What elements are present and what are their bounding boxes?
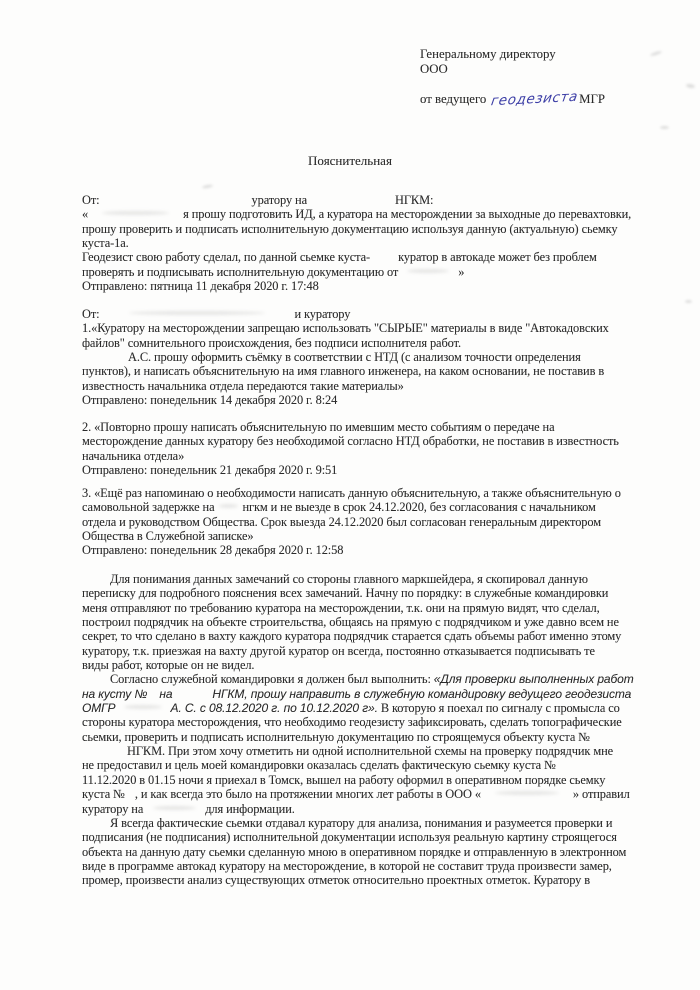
text-segment: подписания (не подписания) исполнительно… [82, 830, 617, 844]
redacted-gap [88, 208, 183, 218]
text-line: Согласно служебной командировки я должен… [82, 672, 694, 686]
text-segment: объекта на данную дату сьемки сделанную … [82, 845, 626, 859]
redacted-gap [125, 788, 135, 798]
text-line: От:и куратору [82, 307, 694, 321]
recipient-org: ООО [420, 62, 605, 77]
text-segment: » отправил [573, 787, 630, 801]
text-segment: ОМГР [82, 701, 115, 715]
text-line: А.С. прошу оформить съёмку в соответстви… [82, 350, 694, 364]
text-segment: куста-1а. [82, 236, 129, 250]
text-line: Я всегда фактические сьемки отдавал кура… [82, 816, 694, 830]
text-line: месторождение данных куратору без необхо… [82, 434, 694, 448]
text-segment: Для понимания данных замечаний со сторон… [110, 572, 588, 586]
redacted-gap [82, 817, 110, 827]
text-segment: куратору, т.к. приезжая на вахту другой … [82, 644, 595, 658]
text-line: Для понимания данных замечаний со сторон… [82, 572, 694, 586]
text-line: куста №, и как всегда это было на протяж… [82, 787, 694, 801]
text-line: От:уратору наНГКМ: [82, 193, 694, 207]
text-line: стороны куратора месторождения, что необ… [82, 715, 694, 729]
text-segment: А.С. прошу оформить съёмку в соответстви… [128, 350, 581, 364]
document-page: Генеральному директору ООО от ведущегоге… [0, 0, 700, 990]
text-segment: переписку для подробного пояснения всех … [82, 586, 608, 600]
scan-smudge [660, 126, 669, 129]
text-segment: НГКМ: [395, 193, 433, 207]
text-segment: уратору на [252, 193, 307, 207]
text-line: не предоставил и цель моей командировки … [82, 758, 694, 772]
text-segment: я прошу подготовить ИД, а куратора на ме… [183, 207, 631, 221]
redacted-gap [143, 803, 205, 813]
text-line: известность начальника отдела передаются… [82, 379, 694, 393]
text-segment: файлов" сомнительного происхождения, без… [82, 336, 461, 350]
redacted-gap [100, 308, 295, 318]
text-segment: куратору на [82, 802, 143, 816]
text-segment: прошу проверить и подписать исполнительн… [82, 222, 618, 236]
text-segment: нгкм и не выезде в срок 24.12.2020, без … [242, 500, 595, 514]
text-segment: куратор в автокаде может без проблем [398, 250, 597, 264]
text-segment: секрет, то что сделано в вахту каждого к… [82, 629, 621, 643]
text-block-quote-4: 3. «Ещё раз напоминаю о необходимости на… [82, 486, 694, 558]
text-segment: » [458, 265, 464, 279]
text-line: начальника отдела» [82, 449, 694, 463]
text-segment: НГКМ. При этом хочу отметить ни одной ис… [127, 744, 613, 758]
scan-smudge [202, 184, 213, 189]
text-line: объекта на данную дату сьемки сделанную … [82, 845, 694, 859]
text-segment: Отправлено: понедельник 14 декабря 2020 … [82, 393, 337, 407]
text-block-quote-1: От:уратору наНГКМ:«я прошу подготовить И… [82, 193, 694, 293]
text-line: на кусту №наНГКМ, прошу направить в служ… [82, 687, 694, 701]
redacted-gap [481, 788, 573, 798]
text-segment: для информации. [205, 802, 295, 816]
sender-suffix: МГР [579, 92, 605, 106]
redacted-gap [82, 351, 128, 361]
recipient-line: Генеральному директору [420, 47, 605, 62]
text-segment: пунктов), и написать объяснительную на и… [82, 364, 604, 378]
text-segment: Я всегда фактические сьемки отдавал кура… [110, 816, 612, 830]
text-line: Отправлено: пятница 11 декабря 2020 г. 1… [82, 279, 694, 293]
text-segment: 1.«Куратору на месторождении запрещаю ис… [82, 321, 609, 335]
text-segment: и куратору [295, 307, 351, 321]
text-line: 11.12.2020 в 01.15 ночи я приехал в Томс… [82, 773, 694, 787]
text-segment: , и как всегда это было на протяжении мн… [135, 787, 481, 801]
text-line: сьемки, проверить и подписать исполнител… [82, 730, 694, 744]
text-segment: виде в программе автокад куратору на мес… [82, 859, 612, 873]
text-segment: самовольной задержке на [82, 500, 214, 514]
text-segment: 2. «Повторно прошу написать объяснительн… [82, 420, 554, 434]
redacted-gap [214, 501, 242, 511]
text-segment: А. С. с 08.12.2020 г. по 10.12.2020 г». [170, 701, 377, 715]
text-segment: «Для проверки выполненных работ [434, 672, 634, 686]
redacted-gap [398, 266, 458, 276]
text-line: промер, произвести анализ существующих о… [82, 873, 694, 887]
text-segment: Согласно служебной командировки я должен… [110, 672, 434, 686]
text-segment: на кусту № [82, 687, 147, 701]
text-line: построил подрядчик на объекте строительс… [82, 615, 694, 629]
text-segment: начальника отдела» [82, 449, 184, 463]
text-line: пунктов), и написать объяснительную на и… [82, 364, 694, 378]
text-line: куратору, т.к. приезжая на вахту другой … [82, 644, 694, 658]
letter-header: Генеральному директору ООО от ведущегоге… [420, 47, 605, 107]
text-line: виды работ, которые он не видел. [82, 658, 694, 672]
text-line: прошу проверить и подписать исполнительн… [82, 222, 694, 236]
text-line: файлов" сомнительного происхождения, без… [82, 336, 694, 350]
text-line: «я прошу подготовить ИД, а куратора на м… [82, 207, 694, 221]
text-line: Отправлено: понедельник 21 декабря 2020 … [82, 463, 694, 477]
text-segment: Общества в Служебной записке» [82, 529, 253, 543]
text-segment: известность начальника отдела передаются… [82, 379, 404, 393]
text-segment: Отправлено: пятница 11 декабря 2020 г. 1… [82, 279, 319, 293]
text-segment: сьемки, проверить и подписать исполнител… [82, 730, 590, 744]
redacted-gap [172, 688, 212, 698]
scan-smudge [650, 50, 662, 57]
sender-line: от ведущегогеодезистаМГР [420, 92, 605, 107]
text-line: куста-1а. [82, 236, 694, 250]
text-line: подписания (не подписания) исполнительно… [82, 830, 694, 844]
text-segment: не предоставил и цель моей командировки … [82, 758, 556, 772]
text-segment: 11.12.2020 в 01.15 ночи я приехал в Томс… [82, 773, 605, 787]
sender-prefix: от ведущего [420, 92, 486, 106]
text-line: меня отправляют по требованию куратора н… [82, 601, 694, 615]
text-line: 3. «Ещё раз напоминаю о необходимости на… [82, 486, 694, 500]
text-segment: От: [82, 193, 100, 207]
text-segment: 3. «Ещё раз напоминаю о необходимости на… [82, 486, 621, 500]
text-line: ОМГРА. С. с 08.12.2020 г. по 10.12.2020 … [82, 701, 694, 715]
text-line: проверять и подписывать исполнительную д… [82, 265, 694, 279]
text-segment: на [159, 687, 172, 701]
text-segment: меня отправляют по требованию куратора н… [82, 601, 600, 615]
text-block-quote-2: От:и куратору1.«Куратору на месторождени… [82, 307, 694, 407]
redacted-gap [115, 702, 170, 712]
text-line: самовольной задержке нангкм и не выезде … [82, 500, 694, 514]
text-segment: Отправлено: понедельник 28 декабря 2020 … [82, 543, 343, 557]
redacted-gap [307, 194, 395, 204]
text-line: секрет, то что сделано в вахту каждого к… [82, 629, 694, 643]
text-segment: В которую я поехал по сигналу с промысла… [378, 701, 620, 715]
text-segment: Отправлено: понедельник 21 декабря 2020 … [82, 463, 337, 477]
redacted-gap [82, 673, 110, 683]
redacted-gap [147, 688, 159, 698]
text-segment: виды работ, которые он не видел. [82, 658, 254, 672]
text-block-body: Для понимания данных замечаний со сторон… [82, 572, 694, 888]
redacted-gap [370, 251, 398, 261]
text-line: НГКМ. При этом хочу отметить ни одной ис… [82, 744, 694, 758]
text-segment: отдела и руководством Общества. Срок вые… [82, 515, 601, 529]
text-line: Отправлено: понедельник 28 декабря 2020 … [82, 543, 694, 557]
text-segment: НГКМ, прошу направить в служебную команд… [212, 687, 631, 701]
text-line: 1.«Куратору на месторождении запрещаю ис… [82, 321, 694, 335]
document-title: Пояснительная [0, 153, 700, 169]
text-line: виде в программе автокад куратору на мес… [82, 859, 694, 873]
handwritten-word: геодезиста [490, 90, 579, 110]
text-block-quote-3: 2. «Повторно прошу написать объяснительн… [82, 420, 694, 477]
scan-smudge [686, 83, 696, 89]
text-line: 2. «Повторно прошу написать объяснительн… [82, 420, 694, 434]
redacted-gap [100, 194, 252, 204]
text-segment: куста № [82, 787, 125, 801]
text-segment: построил подрядчик на объекте строительс… [82, 615, 619, 629]
text-segment: От: [82, 307, 100, 321]
text-segment: Геодезист свою работу сделал, по данной … [82, 250, 370, 264]
text-segment: проверять и подписывать исполнительную д… [82, 265, 398, 279]
text-line: отдела и руководством Общества. Срок вые… [82, 515, 694, 529]
text-line: Геодезист свою работу сделал, по данной … [82, 250, 694, 264]
text-segment: стороны куратора месторождения, что необ… [82, 715, 622, 729]
text-line: переписку для подробного пояснения всех … [82, 586, 694, 600]
redacted-gap [82, 745, 127, 755]
text-line: куратору надля информации. [82, 802, 694, 816]
scan-smudge [685, 300, 692, 303]
text-segment: месторождение данных куратору без необхо… [82, 434, 619, 448]
redacted-gap [82, 573, 110, 583]
text-line: Отправлено: понедельник 14 декабря 2020 … [82, 393, 694, 407]
text-segment: промер, произвести анализ существующих о… [82, 873, 590, 887]
text-line: Общества в Служебной записке» [82, 529, 694, 543]
